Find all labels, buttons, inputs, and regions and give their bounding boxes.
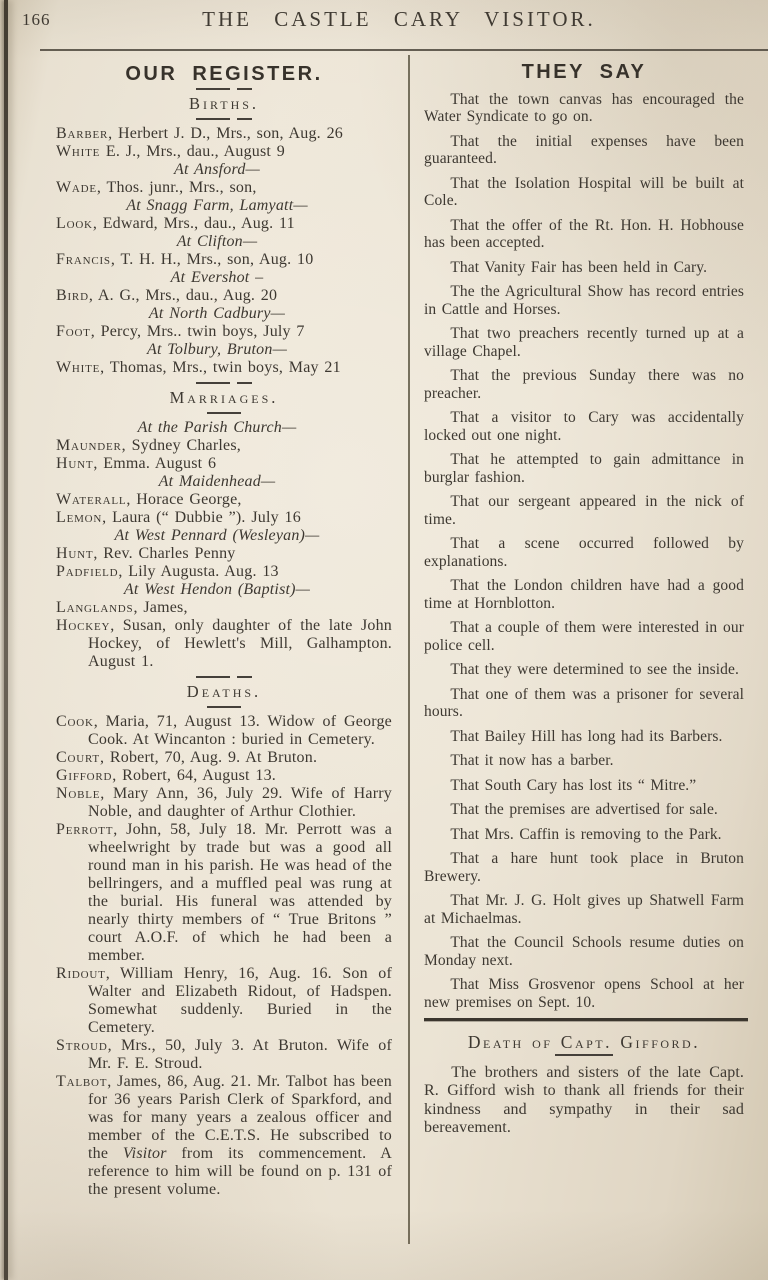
they-say-heading: THEY SAY (424, 64, 744, 82)
section-divider (56, 88, 392, 90)
surname: White (56, 359, 100, 376)
they-say-item: That a hare hunt took place in Bruton Br… (424, 850, 744, 885)
surname: Barber (56, 125, 108, 142)
surname: Foot (56, 323, 91, 340)
divider-bar (237, 88, 252, 90)
they-say-item: That a scene occurred followed by explan… (424, 535, 744, 570)
surname: Hunt (56, 455, 93, 472)
register-entry: Maunder, Sydney Charles, (56, 437, 392, 455)
place-line: At Tolbury, Bruton— (56, 341, 392, 359)
section-separator-rule (424, 1018, 748, 1021)
register-section-heading: Births. (56, 95, 392, 113)
register-entry: Langlands, James, (56, 599, 392, 617)
section-divider (56, 382, 392, 384)
section-divider (56, 412, 392, 414)
they-say-item: That the Council Schools resume duties o… (424, 934, 744, 969)
section-divider (56, 706, 392, 708)
surname: White (56, 143, 100, 160)
place-line: At North Cadbury— (56, 305, 392, 323)
they-say-item: That it now has a barber. (424, 752, 744, 770)
they-say-item: That they were determined to see the ins… (424, 661, 744, 679)
publication-title: THE CASTLE CARY VISITOR. (60, 7, 738, 32)
surname: Perrott (56, 821, 113, 838)
they-say-item: That Vanity Fair has been held in Cary. (424, 259, 744, 277)
surname: Padfield (56, 563, 118, 580)
register-entry: Hunt, Emma. August 6 (56, 455, 392, 473)
notice-body: The brothers and sisters of the late Cap… (424, 1064, 744, 1138)
columns: OUR REGISTER. Births.Barber, Herbert J. … (8, 55, 768, 1280)
place-line: At Snagg Farm, Lamyatt— (56, 197, 392, 215)
place-line: At Maidenhead— (56, 473, 392, 491)
place-line: At Ansford— (56, 161, 392, 179)
register-entry: Wade, Thos. junr., Mrs., son, (56, 179, 392, 197)
surname: Look (56, 215, 93, 232)
they-say-item: That a visitor to Cary was accidentally … (424, 409, 744, 444)
notice-heading: Death of Capt. Gifford. (424, 1034, 744, 1052)
register-heading: OUR REGISTER. (56, 65, 392, 83)
register-entry: Talbot, James, 86, Aug. 21. Mr. Talbot h… (56, 1073, 392, 1199)
surname: Court (56, 749, 100, 766)
place-line: At the Parish Church— (56, 419, 392, 437)
section-divider (56, 676, 392, 678)
register-entry: Padfield, Lily Augusta. Aug. 13 (56, 563, 392, 581)
they-say-items: That the town canvas has encouraged the … (424, 91, 744, 1012)
register-entry: Hunt, Rev. Charles Penny (56, 545, 392, 563)
divider-bar (207, 706, 241, 708)
surname: Stroud (56, 1037, 108, 1054)
place-line: At West Pennard (Wesleyan)— (56, 527, 392, 545)
surname: Noble (56, 785, 100, 802)
register-entry: Hockey, Susan, only daughter of the late… (56, 617, 392, 671)
register-entry: Foot, Percy, Mrs.. twin boys, July 7 (56, 323, 392, 341)
they-say-item: That one of them was a prisoner for seve… (424, 686, 744, 721)
surname: Talbot (56, 1073, 107, 1090)
place-line: At Clifton— (56, 233, 392, 251)
register-entry: Gifford, Robert, 64, August 13. (56, 767, 392, 785)
notice-heading-rule (555, 1054, 613, 1056)
they-say-item: That the London children have had a good… (424, 577, 744, 612)
register-entry: Noble, Mary Ann, 36, July 29. Wife of Ha… (56, 785, 392, 821)
register-entry: Waterall, Horace George, (56, 491, 392, 509)
surname: Gifford (56, 767, 112, 784)
register-entry: Look, Edward, Mrs., dau., Aug. 11 (56, 215, 392, 233)
divider-bar (196, 382, 230, 384)
they-say-item: That South Cary has lost its “ Mitre.” (424, 777, 744, 795)
register-entry: Perrott, John, 58, July 18. Mr. Perrott … (56, 821, 392, 965)
register-section-heading: Deaths. (56, 683, 392, 701)
register-entry: Barber, Herbert J. D., Mrs., son, Aug. 2… (56, 125, 392, 143)
place-line: At West Hendon (Baptist)— (56, 581, 392, 599)
they-say-item: That Miss Grosvenor opens School at her … (424, 976, 744, 1011)
divider-bar (196, 676, 230, 678)
register-sections: Births.Barber, Herbert J. D., Mrs., son,… (56, 88, 392, 1199)
surname: Wade (56, 179, 97, 196)
they-say-item: That the premises are advertised for sal… (424, 801, 744, 819)
register-entry: Francis, T. H. H., Mrs., son, Aug. 10 (56, 251, 392, 269)
they-say-item: That Mr. J. G. Holt gives up Shatwell Fa… (424, 892, 744, 927)
register-entry: Cook, Maria, 71, August 13. Widow of Geo… (56, 713, 392, 749)
surname: Cook (56, 713, 94, 730)
they-say-item: That he attempted to gain admittance in … (424, 451, 744, 486)
register-entry: Lemon, Laura (“ Dubbie ”). July 16 (56, 509, 392, 527)
register-entry: Court, Robert, 70, Aug. 9. At Bruton. (56, 749, 392, 767)
column-divider-rule (408, 55, 410, 1244)
divider-bar (237, 118, 252, 120)
scanned-page: 166 THE CASTLE CARY VISITOR. OUR REGISTE… (0, 0, 768, 1280)
surname: Langlands (56, 599, 133, 616)
page-number: 166 (22, 10, 51, 30)
they-say-item: That the Isolation Hospital will be buil… (424, 175, 744, 210)
divider-bar (237, 676, 252, 678)
they-say-item: That our sergeant appeared in the nick o… (424, 493, 744, 528)
they-say-item: The the Agricultural Show has record ent… (424, 283, 744, 318)
surname: Bird (56, 287, 89, 304)
register-section-heading: Marriages. (56, 389, 392, 407)
header-rule (40, 49, 768, 51)
register-entry: Bird, A. G., Mrs., dau., Aug. 20 (56, 287, 392, 305)
they-say-item: That a couple of them were interested in… (424, 619, 744, 654)
register-entry: Stroud, Mrs., 50, July 3. At Bruton. Wif… (56, 1037, 392, 1073)
surname: Francis (56, 251, 111, 268)
divider-bar (196, 118, 230, 120)
they-say-item: That Mrs. Caffin is removing to the Park… (424, 826, 744, 844)
they-say-item: That two preachers recently turned up at… (424, 325, 744, 360)
surname: Maunder (56, 437, 122, 454)
they-say-item: That the offer of the Rt. Hon. H. Hobhou… (424, 217, 744, 252)
section-divider (56, 118, 392, 120)
they-say-column: THEY SAY That the town canvas has encour… (410, 55, 768, 1280)
register-entry: White E. J., Mrs., dau., August 9 (56, 143, 392, 161)
register-entry: Ridout, William Henry, 16, Aug. 16. Son … (56, 965, 392, 1037)
place-line: At Evershot – (56, 269, 392, 287)
they-say-item: That the initial expenses have been guar… (424, 133, 744, 168)
divider-bar (196, 88, 230, 90)
surname: Hockey (56, 617, 110, 634)
surname: Lemon (56, 509, 102, 526)
divider-bar (237, 382, 252, 384)
register-column: OUR REGISTER. Births.Barber, Herbert J. … (8, 55, 408, 1280)
divider-bar (207, 412, 241, 414)
they-say-item: That the previous Sunday there was no pr… (424, 367, 744, 402)
they-say-item: That Bailey Hill has long had its Barber… (424, 728, 744, 746)
surname: Ridout (56, 965, 106, 982)
they-say-item: That the town canvas has encouraged the … (424, 91, 744, 126)
surname: Hunt (56, 545, 93, 562)
surname: Waterall (56, 491, 126, 508)
register-entry: White, Thomas, Mrs., twin boys, May 21 (56, 359, 392, 377)
